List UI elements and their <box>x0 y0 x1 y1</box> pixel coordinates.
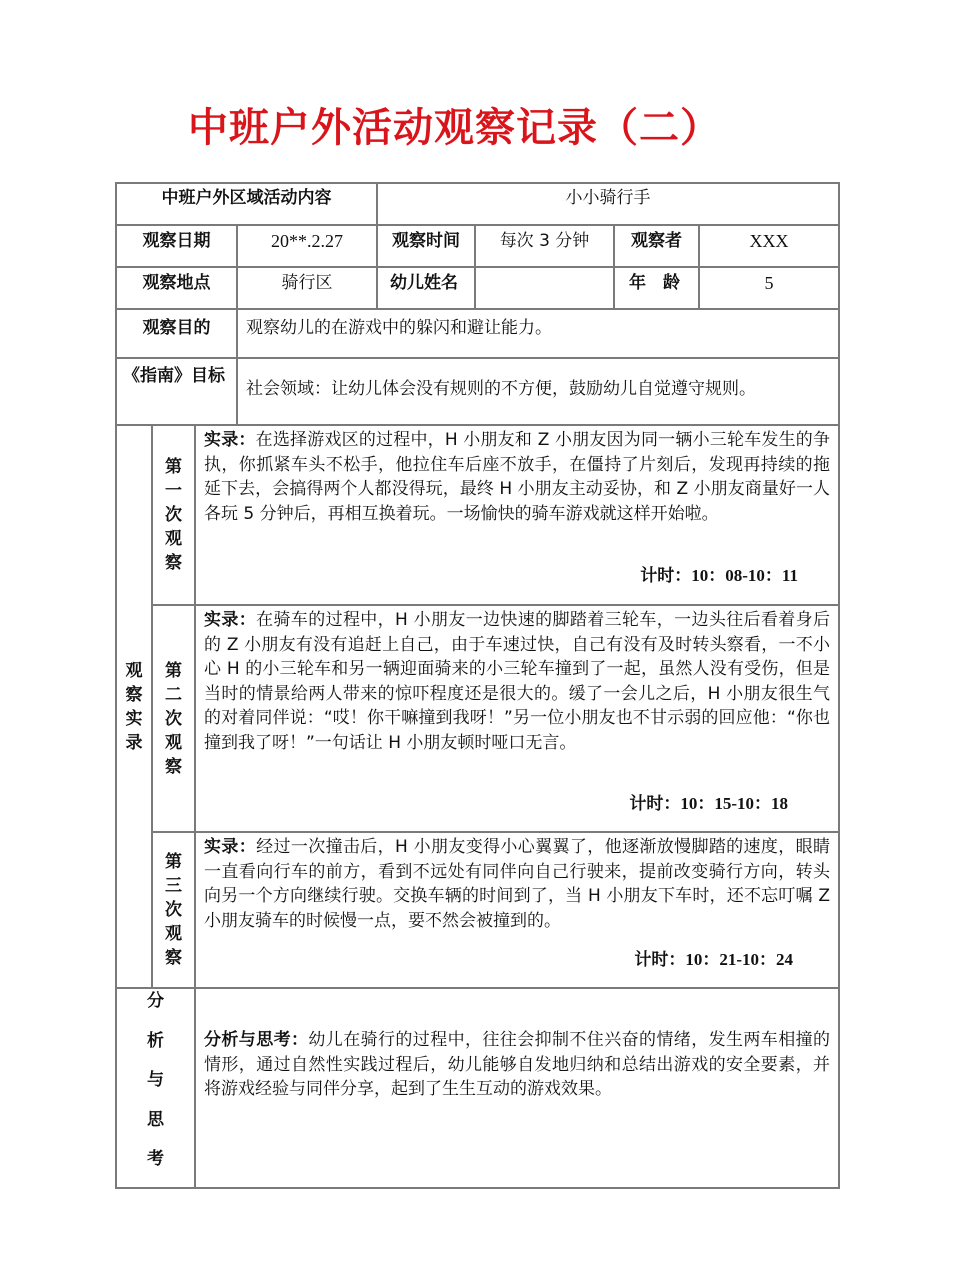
record-1-label: 第一次观察 <box>165 455 183 575</box>
record-3-content: 经过一次撞击后，H 小朋友变得小心翼翼了，他逐渐放慢脚踏的速度，眼睛一直看向行车… <box>204 837 830 931</box>
date-value-cell: 20**.2.27 <box>236 224 378 268</box>
analysis-label-cell: 分 析 与 思 考 <box>115 987 196 1189</box>
child-value-cell[interactable] <box>474 266 615 310</box>
date-value: 20**.2.27 <box>271 231 343 251</box>
analysis-label-char-1: 分 <box>147 989 164 1013</box>
analysis-label-char-5: 考 <box>147 1147 164 1171</box>
observer-label-cell: 观察者 <box>613 224 700 268</box>
age-label: 年 龄 <box>629 273 680 293</box>
guide-label-cell: 《指南》目标 <box>115 357 238 426</box>
analysis-text: 分析与思考：幼儿在骑行的过程中，往往会抑制不住兴奋的情绪，发生两车相撞的情形，通… <box>196 989 838 1102</box>
analysis-label-char-2: 析 <box>147 1029 164 1053</box>
purpose-value-cell: 观察幼儿的在游戏中的躲闪和避让能力。 <box>236 308 840 359</box>
record-2-label: 第二次观察 <box>165 659 183 779</box>
analysis-label: 分 析 与 思 考 <box>117 989 194 1171</box>
record-1-label-cell: 第一次观察 <box>151 424 196 606</box>
guide-value: 社会领域：让幼儿体会没有规则的不方便，鼓励幼儿自觉遵守规则。 <box>246 379 756 399</box>
record-3-text: 实录：经过一次撞击后，H 小朋友变得小心翼翼了，他逐渐放慢脚踏的速度，眼睛一直看… <box>196 833 838 933</box>
record-1-timing: 计时：10：08-10：11 <box>640 564 798 588</box>
date-label: 观察日期 <box>143 231 211 251</box>
record-3-timing: 计时：10：21-10：24 <box>634 948 793 972</box>
record-1-prefix: 实录： <box>204 430 256 450</box>
time-value-cell: 每次 3 分钟 <box>474 224 615 268</box>
record-2-content: 在骑车的过程中，H 小朋友一边快速的脚踏着三轮车，一边头往后看着身后的 Z 小朋… <box>204 610 830 753</box>
record-3-body-cell: 实录：经过一次撞击后，H 小朋友变得小心翼翼了，他逐渐放慢脚踏的速度，眼睛一直看… <box>194 831 840 989</box>
time-label-cell: 观察时间 <box>376 224 476 268</box>
observer-value: XXX <box>750 231 789 251</box>
record-2-timing-value: 10：15-10：18 <box>680 794 788 813</box>
activity-value-cell: 小小骑行手 <box>376 182 840 226</box>
activity-label-cell: 中班户外区域活动内容 <box>115 182 378 226</box>
analysis-body-cell: 分析与思考：幼儿在骑行的过程中，往往会抑制不住兴奋的情绪，发生两车相撞的情形，通… <box>194 987 840 1189</box>
record-3-timing-label: 计时： <box>634 950 685 970</box>
records-section-label: 观察实录 <box>125 659 143 755</box>
child-label-cell: 幼儿姓名 <box>376 266 476 310</box>
location-value: 骑行区 <box>282 273 333 293</box>
record-2-timing-label: 计时： <box>629 794 680 814</box>
time-value: 每次 3 分钟 <box>500 231 590 251</box>
purpose-label: 观察目的 <box>143 318 211 338</box>
record-2-body-cell: 实录：在骑车的过程中，H 小朋友一边快速的脚踏着三轮车，一边头往后看着身后的 Z… <box>194 604 840 833</box>
record-1-timing-value: 10：08-10：11 <box>691 566 798 585</box>
guide-value-cell: 社会领域：让幼儿体会没有规则的不方便，鼓励幼儿自觉遵守规则。 <box>236 357 840 426</box>
age-label-cell: 年 龄 <box>613 266 700 310</box>
purpose-label-cell: 观察目的 <box>115 308 238 359</box>
analysis-label-char-4: 思 <box>147 1108 164 1132</box>
observer-value-cell: XXX <box>698 224 840 268</box>
page-title: 中班户外活动观察记录（二） <box>0 96 960 153</box>
purpose-value: 观察幼儿的在游戏中的躲闪和避让能力。 <box>246 318 552 338</box>
time-label: 观察时间 <box>392 231 460 251</box>
record-3-prefix: 实录： <box>204 837 256 857</box>
guide-label: 《指南》目标 <box>123 366 225 386</box>
observer-label: 观察者 <box>631 231 682 251</box>
records-section-label-cell: 观察实录 <box>115 424 153 989</box>
child-label: 幼儿姓名 <box>390 273 458 293</box>
record-2-label-cell: 第二次观察 <box>151 604 196 833</box>
activity-label: 中班户外区域活动内容 <box>162 188 332 208</box>
record-2-prefix: 实录： <box>204 610 256 630</box>
age-value: 5 <box>765 273 774 293</box>
location-value-cell: 骑行区 <box>236 266 378 310</box>
location-label-cell: 观察地点 <box>115 266 238 310</box>
record-2-text: 实录：在骑车的过程中，H 小朋友一边快速的脚踏着三轮车，一边头往后看着身后的 Z… <box>196 606 838 755</box>
date-label-cell: 观察日期 <box>115 224 238 268</box>
record-1-timing-label: 计时： <box>640 566 691 586</box>
age-value-cell: 5 <box>698 266 840 310</box>
record-1-content: 在选择游戏区的过程中，H 小朋友和 Z 小朋友因为同一辆小三轮车发生的争执，你抓… <box>204 430 830 524</box>
activity-value: 小小骑行手 <box>566 188 651 208</box>
record-3-label: 第三次观察 <box>165 850 183 970</box>
location-label: 观察地点 <box>143 273 211 293</box>
record-3-timing-value: 10：21-10：24 <box>685 950 793 969</box>
record-1-text: 实录：在选择游戏区的过程中，H 小朋友和 Z 小朋友因为同一辆小三轮车发生的争执… <box>196 426 838 526</box>
record-1-body-cell: 实录：在选择游戏区的过程中，H 小朋友和 Z 小朋友因为同一辆小三轮车发生的争执… <box>194 424 840 606</box>
record-3-label-cell: 第三次观察 <box>151 831 196 989</box>
analysis-prefix: 分析与思考： <box>204 1030 308 1050</box>
record-2-timing: 计时：10：15-10：18 <box>629 792 788 816</box>
analysis-label-char-3: 与 <box>147 1068 164 1092</box>
